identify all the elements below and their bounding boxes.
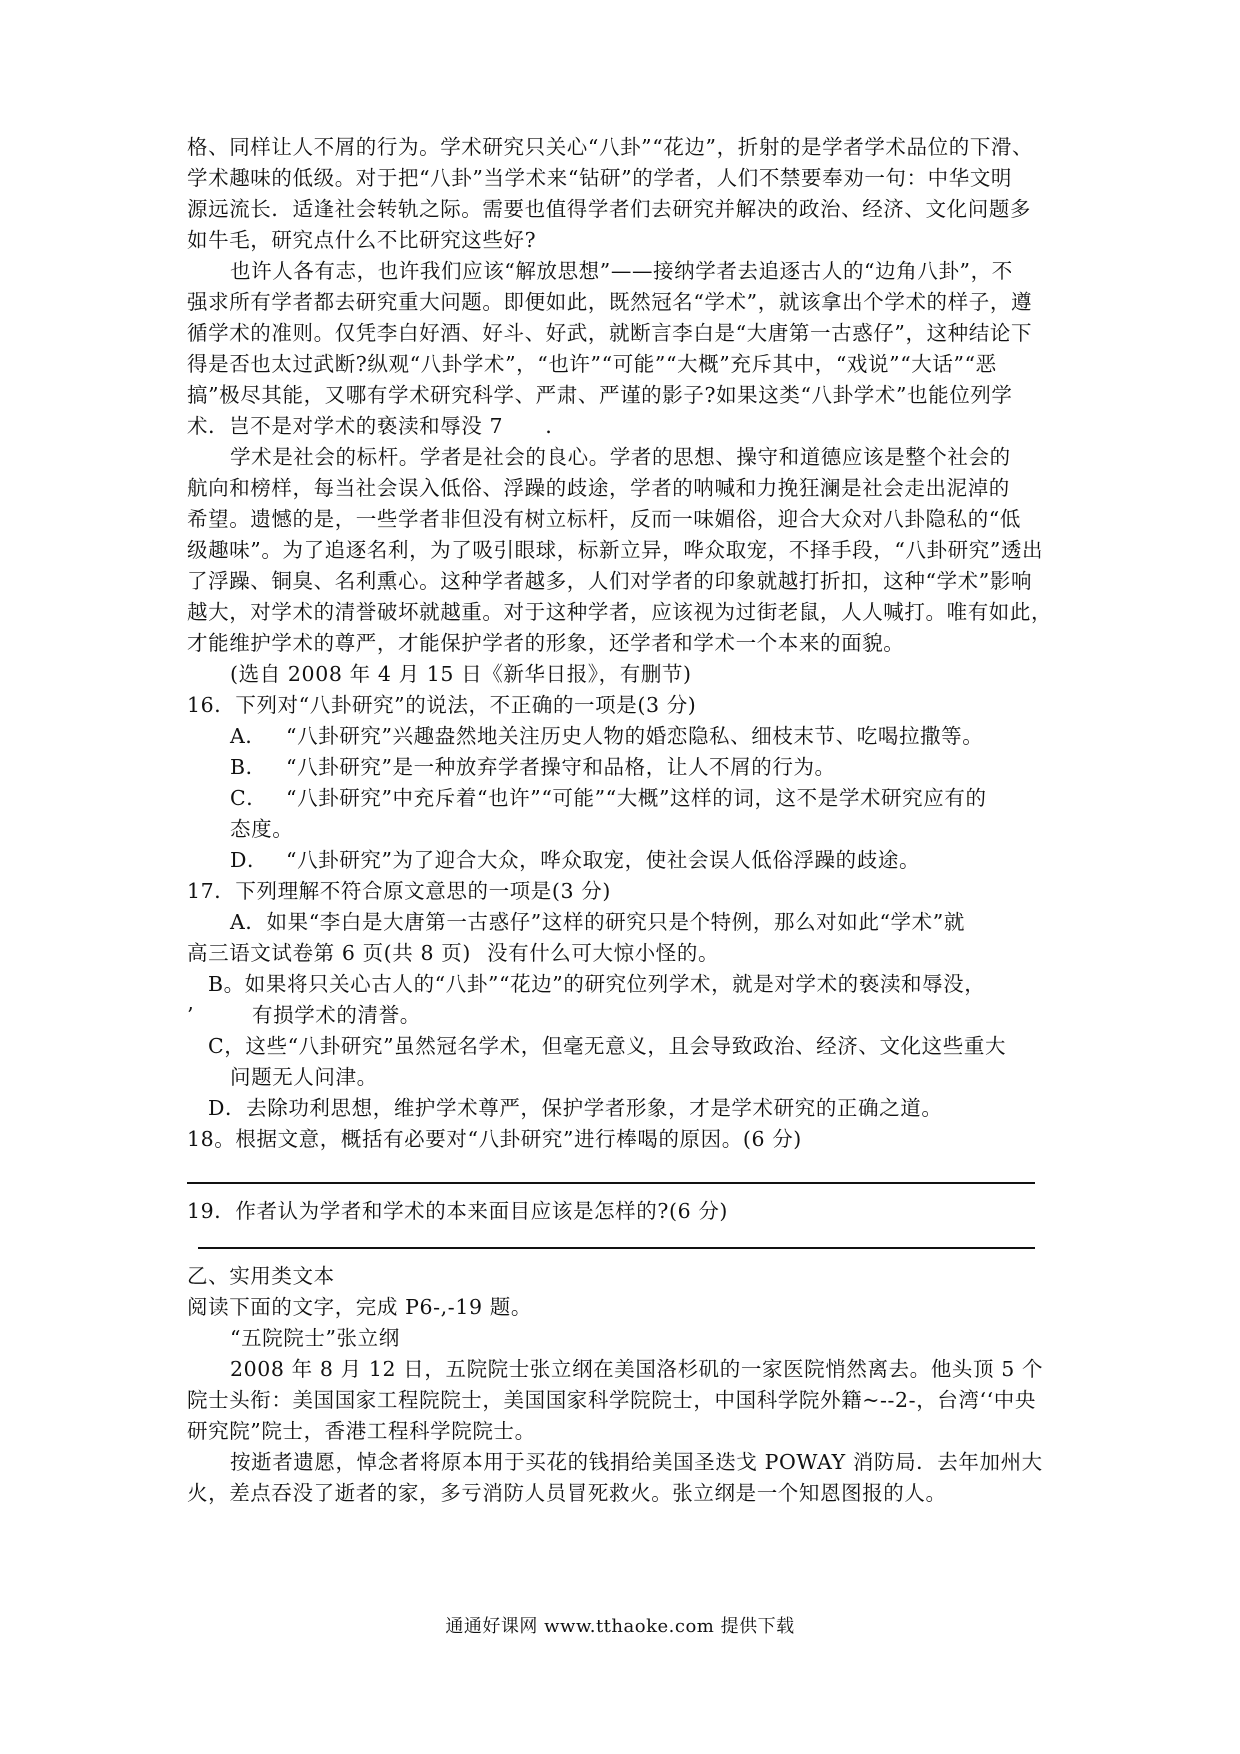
article-line: 按逝者遗愿，悼念者将原本用于买花的钱捐给美国圣迭戈 POWAY 消防局．去年加州… [230, 1448, 1043, 1476]
passage-line: 源远流长．适逢社会转轨之际。需要也值得学者们去研究并解决的政治、经济、文化问题多 [187, 195, 1031, 223]
option-label: C． [230, 784, 286, 812]
answer-line-18[interactable] [187, 1182, 1035, 1184]
footer-watermark: 通通好课网 www.tthaoke.com 提供下载 [0, 1612, 1240, 1638]
question-16-option-b: B．“八卦研究”是一种放弃学者操守和品格，让人不屑的行为。 [230, 753, 836, 781]
passage-line: 希望。遗憾的是，一些学者非但没有树立标杆，反而一味媚俗，迎合大众对八卦隐私的“低 [187, 505, 1021, 533]
section-instruction: 阅读下面的文字，完成 P6-,-19 题。 [187, 1293, 532, 1321]
passage-line: 强求所有学者都去研究重大问题。即便如此，既然冠名“学术”，就该拿出个学术的样子，… [187, 288, 1032, 316]
question-16-option-d: D．“八卦研究”为了迎合大众，哗众取宠，使社会误人低俗浮躁的歧途。 [230, 846, 920, 874]
question-19-stem: 19．作者认为学者和学术的本来面目应该是怎样的?(6 分) [187, 1197, 728, 1225]
passage-line: 学术是社会的标杆。学者是社会的良心。学者的思想、操守和道德应该是整个社会的 [230, 443, 1011, 471]
question-17-option-b-cont: 有损学术的清誉。 [252, 1001, 421, 1029]
stray-mark: ’ [187, 1001, 194, 1029]
question-17-option-c-cont: 问题无人问津。 [230, 1063, 378, 1091]
article-line: 院士头衔：美国国家工程院院士，美国国家科学院院士，中国科学院外籍~--2-，台湾… [187, 1386, 1036, 1414]
passage-line: 如牛毛，研究点什么不比研究这些好? [187, 226, 536, 254]
passage-source: (选自 2008 年 4 月 15 日《新华日报》，有删节) [230, 660, 692, 688]
exam-page: 格、同样让人不屑的行为。学术研究只关心“八卦”“花边”，折射的是学者学术品位的下… [0, 0, 1240, 1754]
option-text: “八卦研究”中充斥着“也许”“可能”“大概”这样的词，这不是学术研究应有的 [286, 786, 987, 810]
option-label: D． [230, 846, 286, 874]
passage-line: 级趣味”。为了追逐名利，为了吸引眼球，标新立异，哗众取宠，不择手段，“八卦研究”… [187, 536, 1043, 564]
passage-line: 格、同样让人不屑的行为。学术研究只关心“八卦”“花边”，折射的是学者学术品位的下… [187, 133, 1033, 161]
passage-line: 了浮躁、铜臭、名利熏心。这种学者越多，人们对学者的印象就越打折扣，这种“学术”影… [187, 567, 1032, 595]
question-17-option-a-cont: 没有什么可大惊小怪的。 [487, 939, 719, 967]
section-heading: 乙、实用类文本 [187, 1262, 335, 1290]
answer-line-19[interactable] [198, 1247, 1035, 1249]
option-text: “八卦研究”兴趣盎然地关注历史人物的婚恋隐私、细枝末节、吃喝拉撒等。 [286, 724, 983, 748]
passage-line: 也许人各有志，也许我们应该“解放思想”——接纳学者去追逐古人的“边角八卦”，不 [230, 257, 1013, 285]
question-17-option-c: C，这些“八卦研究”虽然冠名学术，但毫无意义，且会导致政治、经济、文化这些重大 [208, 1032, 1006, 1060]
passage-line: 学术趣味的低级。对于把“八卦”当学术来“钻研”的学者，人们不禁要奉劝一句：中华文… [187, 164, 1012, 192]
passage-line: 术．岂不是对学术的亵渎和辱没 7 ． [187, 412, 566, 440]
question-17-option-b: B。如果将只关心古人的“八卦”“花边”的研究位列学术，就是对学术的亵渎和辱没， [208, 970, 985, 998]
question-16-option-c-cont: 态度。 [230, 815, 293, 843]
option-label: B． [230, 753, 286, 781]
article-line: 研究院”院士，香港工程科学院院士。 [187, 1417, 536, 1445]
passage-line: 越大，对学术的清誉破坏就越重。对于这种学者，应该视为过街老鼠，人人喊打。唯有如此… [187, 598, 1052, 626]
article-line: 火，差点吞没了逝者的家，多亏消防人员冒死救火。张立纲是一个知恩图报的人。 [187, 1479, 947, 1507]
option-text: “八卦研究”为了迎合大众，哗众取宠，使社会误人低俗浮躁的歧途。 [286, 848, 920, 872]
question-17-stem: 17．下列理解不符合原文意思的一项是(3 分) [187, 877, 611, 905]
question-16-stem: 16．下列对“八卦研究”的说法，不正确的一项是(3 分) [187, 691, 696, 719]
question-16-option-c: C．“八卦研究”中充斥着“也许”“可能”“大概”这样的词，这不是学术研究应有的 [230, 784, 987, 812]
option-text: “八卦研究”是一种放弃学者操守和品格，让人不屑的行为。 [286, 755, 836, 779]
question-16-option-a: A．“八卦研究”兴趣盎然地关注历史人物的婚恋隐私、细枝末节、吃喝拉撒等。 [230, 722, 983, 750]
article-line: 2008 年 8 月 12 日，五院院士张立纲在美国洛杉矶的一家医院悄然离去。他… [230, 1355, 1043, 1383]
passage-line: 得是否也太过武断?纵观“八卦学术”，“也许”“可能”“大概”充斥其中，“戏说”“… [187, 350, 997, 378]
question-17-option-a: A．如果“李白是大唐第一古惑仔”这样的研究只是个特例，那么对如此“学术”就 [230, 908, 965, 936]
question-18-stem: 18。根据文意，概括有必要对“八卦研究”进行棒喝的原因。(6 分) [187, 1125, 802, 1153]
option-label: A． [230, 722, 286, 750]
page-marker: 高三语文试卷第 6 页(共 8 页) [187, 939, 471, 967]
passage-line: 航向和榜样，每当社会误入低俗、浮躁的歧途，学者的呐喊和力挽狂澜是社会走出泥淖的 [187, 474, 1010, 502]
passage-line: 循学术的准则。仅凭李白好酒、好斗、好武，就断言李白是“大唐第一古惑仔”，这种结论… [187, 319, 1032, 347]
passage-line: 搞”极尽其能，又哪有学术研究科学、严肃、严谨的影子?如果这类“八卦学术”也能位列… [187, 381, 1013, 409]
article-title: “五院院士”张立纲 [230, 1324, 400, 1352]
question-17-option-d: D．去除功利思想，维护学术尊严，保护学者形象，才是学术研究的正确之道。 [208, 1094, 942, 1122]
passage-line: 才能维护学术的尊严，才能保护学者的形象，还学者和学术一个本来的面貌。 [187, 629, 904, 657]
